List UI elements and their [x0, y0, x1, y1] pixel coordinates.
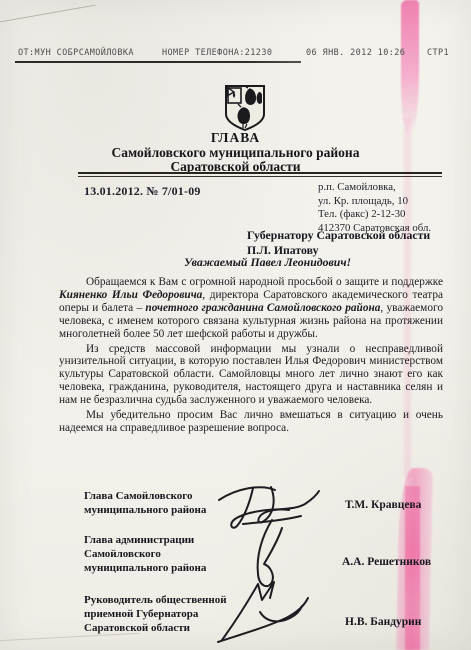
signature-1-title-line: муниципального района	[84, 504, 206, 518]
paragraph-1-text: Обращаемся к Вам с огромной народной про…	[86, 276, 443, 288]
signature-2-title: Глава администрации Самойловского муници…	[84, 534, 206, 575]
fax-header-underline	[15, 61, 301, 63]
letter-body: Обращаемся к Вам с огромной народной про…	[59, 276, 443, 437]
address-line: ул. Кр. площадь, 10	[318, 195, 431, 209]
address-line: Тел. (факс) 2-12-30	[318, 208, 431, 222]
paragraph-3: Мы убедительно просим Вас лично вмешатьс…	[59, 409, 443, 435]
coat-of-arms-icon	[223, 84, 267, 132]
signature-2-title-line: Глава администрации	[84, 534, 206, 548]
salutation: Уважаемый Павел Леонидович!	[184, 255, 351, 270]
signature-3-title-line: приемной Губернатора	[84, 608, 227, 622]
paper-crease-bottom	[0, 633, 140, 650]
signature-3-autograph	[212, 578, 320, 646]
outgoing-date-number: 13.01.2012. № 7/01-09	[84, 184, 201, 199]
address-line: р.п. Самойловка,	[318, 181, 431, 195]
paragraph-1-emphasis-name: Кияненко Ильи Федоровича	[59, 289, 202, 301]
signature-1-title-line: Глава Самойловского	[84, 490, 206, 504]
letterhead-subtitle-district: Самойловского муниципального района	[0, 146, 471, 160]
paragraph-1-emphasis-citizen: почетного гражданина Самойловского район…	[145, 302, 380, 314]
signature-2-title-line: муниципального района	[84, 562, 206, 576]
paper-crease-top	[0, 5, 99, 45]
signature-3-name: Н.В. Бандурин	[345, 616, 421, 628]
letterhead-title: ГЛАВА	[0, 131, 471, 145]
fax-sender: ОТ:МУН СОБРСАМОЙЛОВКА	[18, 48, 134, 58]
signature-1-title: Глава Самойловского муниципального район…	[84, 490, 206, 518]
signature-3-title-line: Руководитель общественной	[84, 594, 227, 608]
paragraph-2: Из средств массовой информации мы узнали…	[59, 343, 443, 408]
signature-3-title-line: Саратовской области	[84, 622, 227, 636]
addressee-block: Губернатору Саратовской области П.Л. Ипа…	[247, 228, 430, 258]
fax-datetime: 06 ЯНВ. 2012 10:26	[306, 48, 405, 58]
signature-1-name: Т.М. Кравцева	[345, 499, 421, 511]
fax-phone-number: НОМЕР ТЕЛЕФОНА:21230	[162, 48, 272, 58]
pink-highlighter-stripe-top	[401, 0, 419, 136]
signature-3-title: Руководитель общественной приемной Губер…	[84, 594, 227, 635]
addressee-position: Губернатору Саратовской области	[247, 228, 430, 243]
letterhead-divider	[78, 172, 442, 177]
letterhead: ГЛАВА Самойловского муниципального район…	[0, 131, 471, 174]
signature-2-title-line: Самойловского	[84, 548, 206, 562]
paragraph-1: Обращаемся к Вам с огромной народной про…	[59, 276, 443, 341]
signature-2-name: А.А. Решетников	[342, 556, 431, 568]
scanned-fax-letter: ОТ:МУН СОБРСАМОЙЛОВКА НОМЕР ТЕЛЕФОНА:212…	[0, 0, 471, 650]
fax-page-number: СТР1	[427, 48, 449, 58]
